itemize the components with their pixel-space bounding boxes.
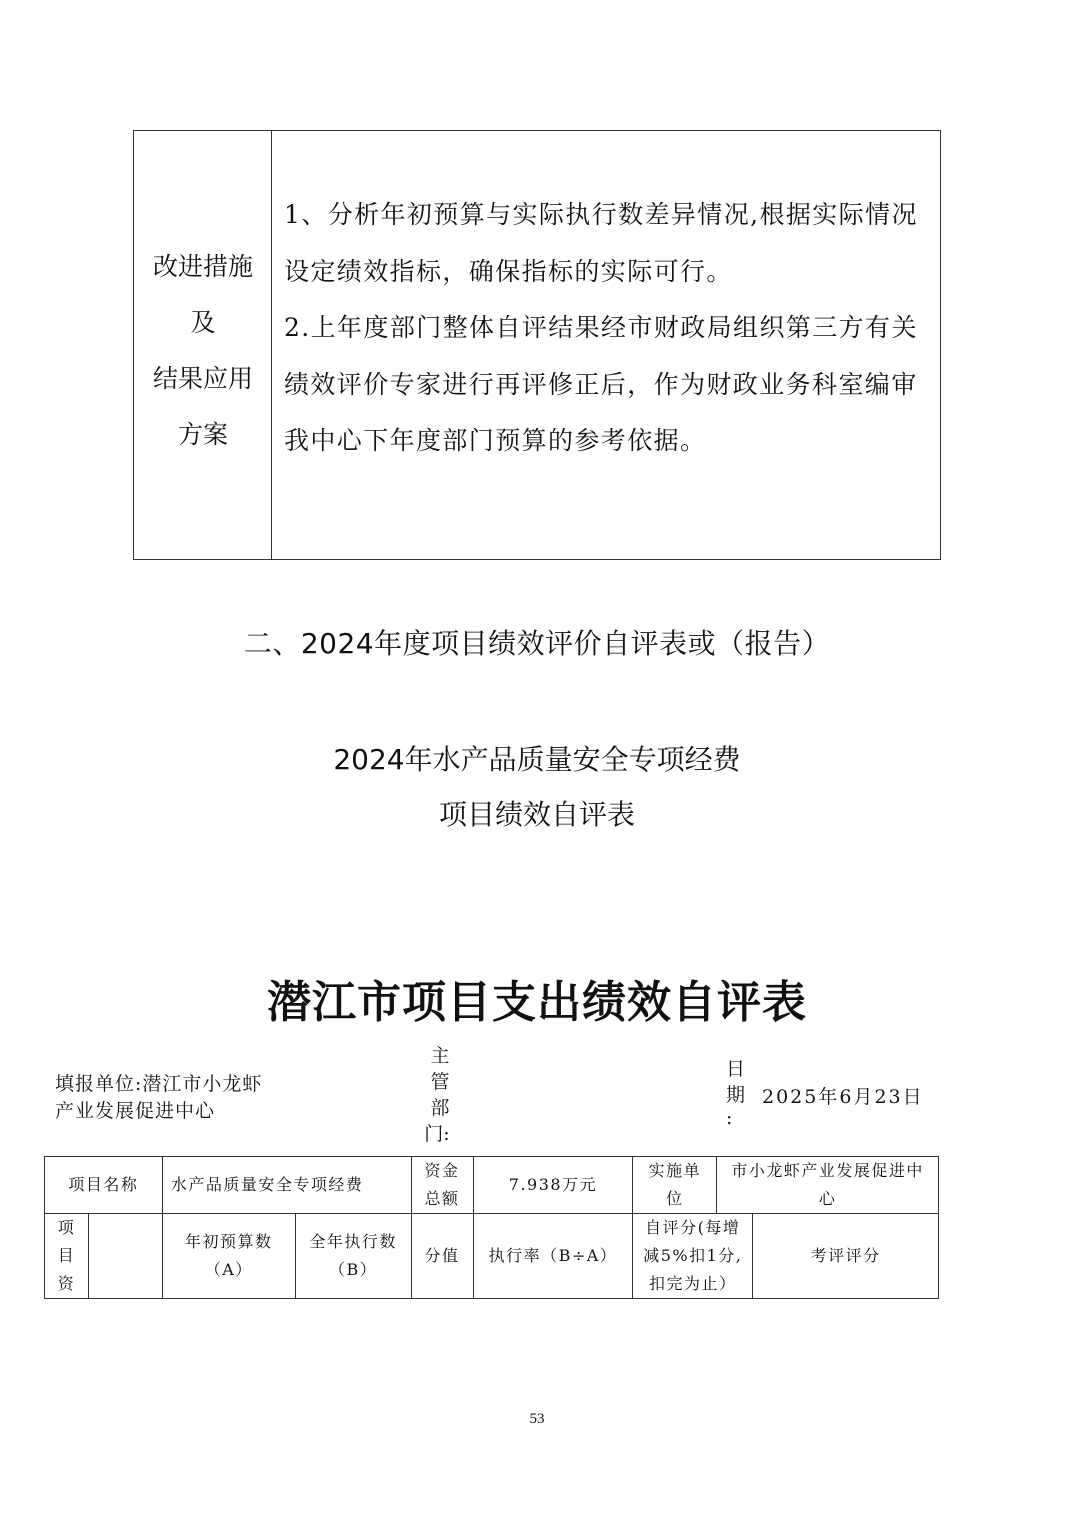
label-line: 实施单 <box>637 1157 712 1185</box>
supervisor-char: 部 <box>425 1095 455 1121</box>
fill-unit-line: 填报单位:潜江市小龙虾 <box>55 1071 262 1098</box>
date-char: : <box>726 1108 750 1128</box>
form-title: 潜江市项目支出绩效自评表 <box>0 966 1074 1030</box>
improvement-label-line: 结果应用 <box>134 359 272 395</box>
supervisor-dept-label: 主 管 部 门: <box>425 1043 455 1147</box>
value-line: 心 <box>721 1185 934 1213</box>
date-char: 期 <box>726 1082 750 1108</box>
supervisor-char: 主 <box>425 1043 455 1069</box>
project-funds-side-label: 项 目 资 <box>45 1214 89 1299</box>
side-char: 资 <box>49 1270 84 1298</box>
content-line: 设定绩效指标，确保指标的实际可行。 <box>284 244 934 301</box>
side-char: 目 <box>49 1242 84 1270</box>
project-name-label: 项目名称 <box>45 1157 163 1214</box>
impl-unit-value: 市小龙虾产业发展促进中 心 <box>717 1157 939 1214</box>
fill-unit-line: 产业发展促进中心 <box>55 1098 262 1125</box>
label-line: （A） <box>167 1256 291 1284</box>
empty-cell <box>88 1214 162 1299</box>
section-heading: 二、2024年度项目绩效评价自评表或（报告） <box>0 622 1074 662</box>
label-line: 资金 <box>416 1157 469 1185</box>
review-score-label: 考评评分 <box>753 1214 939 1299</box>
table-row: 项目名称 水产品质量安全专项经费 资金 总额 7.938万元 实施单 位 市小龙… <box>45 1157 939 1214</box>
self-score-label: 自评分(每增 减5%扣1分, 扣完为止） <box>633 1214 753 1299</box>
date-value: 2025年6月23日 <box>762 1084 924 1111</box>
label-line: 总额 <box>416 1185 469 1213</box>
supervisor-char: 管 <box>425 1069 455 1095</box>
fund-total-value: 7.938万元 <box>473 1157 633 1214</box>
fund-total-label: 资金 总额 <box>411 1157 473 1214</box>
subtitle-line-1: 2024年水产品质量安全专项经费 <box>0 738 1074 778</box>
improvement-measures-table: 改进措施 及 结果应用 方案 1、分析年初预算与实际执行数差异情况,根据实际情况… <box>133 130 941 560</box>
budget-label: 年初预算数 （A） <box>162 1214 295 1299</box>
fill-unit: 填报单位:潜江市小龙虾 产业发展促进中心 <box>55 1071 262 1125</box>
label-line: 全年执行数 <box>300 1228 407 1256</box>
date-label: 日 期 : <box>726 1056 750 1128</box>
label-line: 位 <box>637 1185 712 1213</box>
label-line: 扣完为止） <box>637 1270 748 1298</box>
label-line: 减5%扣1分, <box>637 1242 748 1270</box>
content-line: 1、分析年初预算与实际执行数差异情况,根据实际情况 <box>284 187 934 244</box>
improvement-label-line: 改进措施 <box>134 247 272 283</box>
performance-form-table: 项目名称 水产品质量安全专项经费 资金 总额 7.938万元 实施单 位 市小龙… <box>44 1156 939 1299</box>
label-line: 年初预算数 <box>167 1228 291 1256</box>
subtitle-line-2: 项目绩效自评表 <box>0 793 1074 833</box>
improvement-content: 1、分析年初预算与实际执行数差异情况,根据实际情况 设定绩效指标，确保指标的实际… <box>284 187 934 470</box>
improvement-label-line: 及 <box>134 303 272 339</box>
label-line: （B） <box>300 1256 407 1284</box>
improvement-label-cell: 改进措施 及 结果应用 方案 <box>134 131 272 559</box>
content-line: 我中心下年度部门预算的参考依据。 <box>284 413 934 470</box>
date-char: 日 <box>726 1056 750 1082</box>
supervisor-char: 门: <box>419 1121 455 1147</box>
value-line: 市小龙虾产业发展促进中 <box>721 1157 934 1185</box>
execution-rate-label: 执行率（B÷A） <box>473 1214 633 1299</box>
improvement-label-line: 方案 <box>134 415 272 451</box>
page-number: 53 <box>0 1411 1074 1428</box>
executed-label: 全年执行数 （B） <box>295 1214 411 1299</box>
table-row: 项 目 资 年初预算数 （A） 全年执行数 （B） 分值 执行率（B÷A） 自评… <box>45 1214 939 1299</box>
content-line: 绩效评价专家进行再评修正后，作为财政业务科室编审 <box>284 357 934 414</box>
label-line: 自评分(每增 <box>637 1214 748 1242</box>
score-label: 分值 <box>411 1214 473 1299</box>
project-name-value: 水产品质量安全专项经费 <box>162 1157 411 1214</box>
content-line: 2.上年度部门整体自评结果经市财政局组织第三方有关 <box>284 300 934 357</box>
impl-unit-label: 实施单 位 <box>633 1157 717 1214</box>
side-char: 项 <box>49 1214 84 1242</box>
